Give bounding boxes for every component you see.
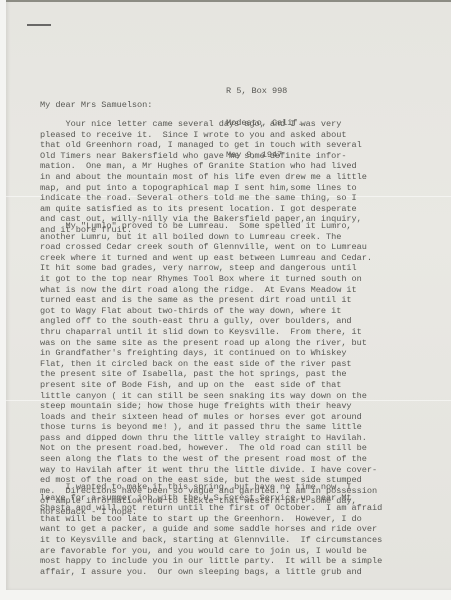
text-line: little canyon ( it can still be seen sna… [40, 391, 377, 402]
address-line: R 5, Box 998 [226, 86, 303, 97]
pencil-mark [27, 24, 51, 26]
text-line: loads and their sixteen head of mules or… [40, 412, 377, 423]
text-line: road crossed Cedar creek south of Glennv… [40, 242, 377, 253]
text-line: present site of Bode Fish, and up on the… [40, 380, 377, 391]
text-line: seen along the flats to the west of the … [40, 454, 377, 465]
text-line: that will be too late to start up the Gr… [40, 514, 382, 525]
text-line: what is now the dirt road along the ridg… [40, 285, 377, 296]
text-line: creek where it turned and went up east b… [40, 253, 377, 264]
text-line: thru chaparral until it slid down to Key… [40, 327, 377, 338]
text-line: map, and put into a topographical map I … [40, 183, 367, 194]
text-line: Your nice letter came several days ago, … [40, 119, 367, 130]
text-line: turned east and is the same as the prese… [40, 295, 377, 306]
text-line: it to Keysville and back, starting at Gl… [40, 535, 382, 546]
text-line: way to Havilah after it went thru the li… [40, 465, 377, 476]
text-line: in and about the mountain most of his li… [40, 172, 367, 183]
text-line: angled off to the south-east thru a gull… [40, 316, 377, 327]
text-line: another Lumru, but it all boiled down to… [40, 232, 377, 243]
text-line: Not on the present road.bed, however. Th… [40, 443, 377, 454]
text-line: indicate the road. Several others told m… [40, 193, 367, 204]
text-line: got to Wagy Flat about two-thirds of the… [40, 306, 377, 317]
text-line: was on the same site as the present road… [40, 338, 377, 349]
paragraph-2: My "Lumlo" proved to be Lumreau. Some sp… [40, 221, 377, 518]
text-line: the present site of Isabella, past the h… [40, 369, 377, 380]
text-line: pass and dipped down thru the little val… [40, 433, 377, 444]
paragraph-1: Your nice letter came several days ago, … [40, 119, 367, 236]
text-line: are favorable for you, and you would car… [40, 546, 382, 557]
text-line: affair, I assure you. Our own sleeping b… [40, 567, 382, 578]
text-line: Flat, then it circled back on the east s… [40, 359, 377, 370]
paragraph-3: I wanted to make it this spring, but hav… [40, 482, 382, 577]
text-line: that old Greenhorn road, I managed to ge… [40, 140, 367, 151]
text-line: those turns is beyond me! ), and it pass… [40, 422, 377, 433]
text-line: mation. One man, a Mr Hughes of Granite … [40, 161, 367, 172]
text-line: pleased to receive it. Since I wrote to … [40, 130, 367, 141]
page-top-edge [6, 0, 451, 2]
salutation: My dear Mrs Samuelson: [40, 100, 152, 111]
text-line: I wanted to make it this spring, but hav… [40, 482, 382, 493]
text-line: My "Lumlo" proved to be Lumreau. Some sp… [40, 221, 377, 232]
text-line: leave for a summer job with the U.S.Fore… [40, 493, 382, 504]
text-line: most happy to include you in our little … [40, 556, 382, 567]
text-line: steep mountain side; how those huge frei… [40, 401, 377, 412]
text-line: am quite satisfied as to its present loc… [40, 204, 367, 215]
text-line: Old Timers near Bakersfield who gave me … [40, 151, 367, 162]
text-line: It hit some bad grades, very narrow, ste… [40, 263, 377, 274]
text-line: Shasta and will not return until the fir… [40, 503, 382, 514]
text-line: want to get a packer, a guide and some s… [40, 524, 382, 535]
text-line: in Grandfather's freighting days, it con… [40, 348, 377, 359]
text-line: it got to the top near Rhymes Tool Box w… [40, 274, 377, 285]
